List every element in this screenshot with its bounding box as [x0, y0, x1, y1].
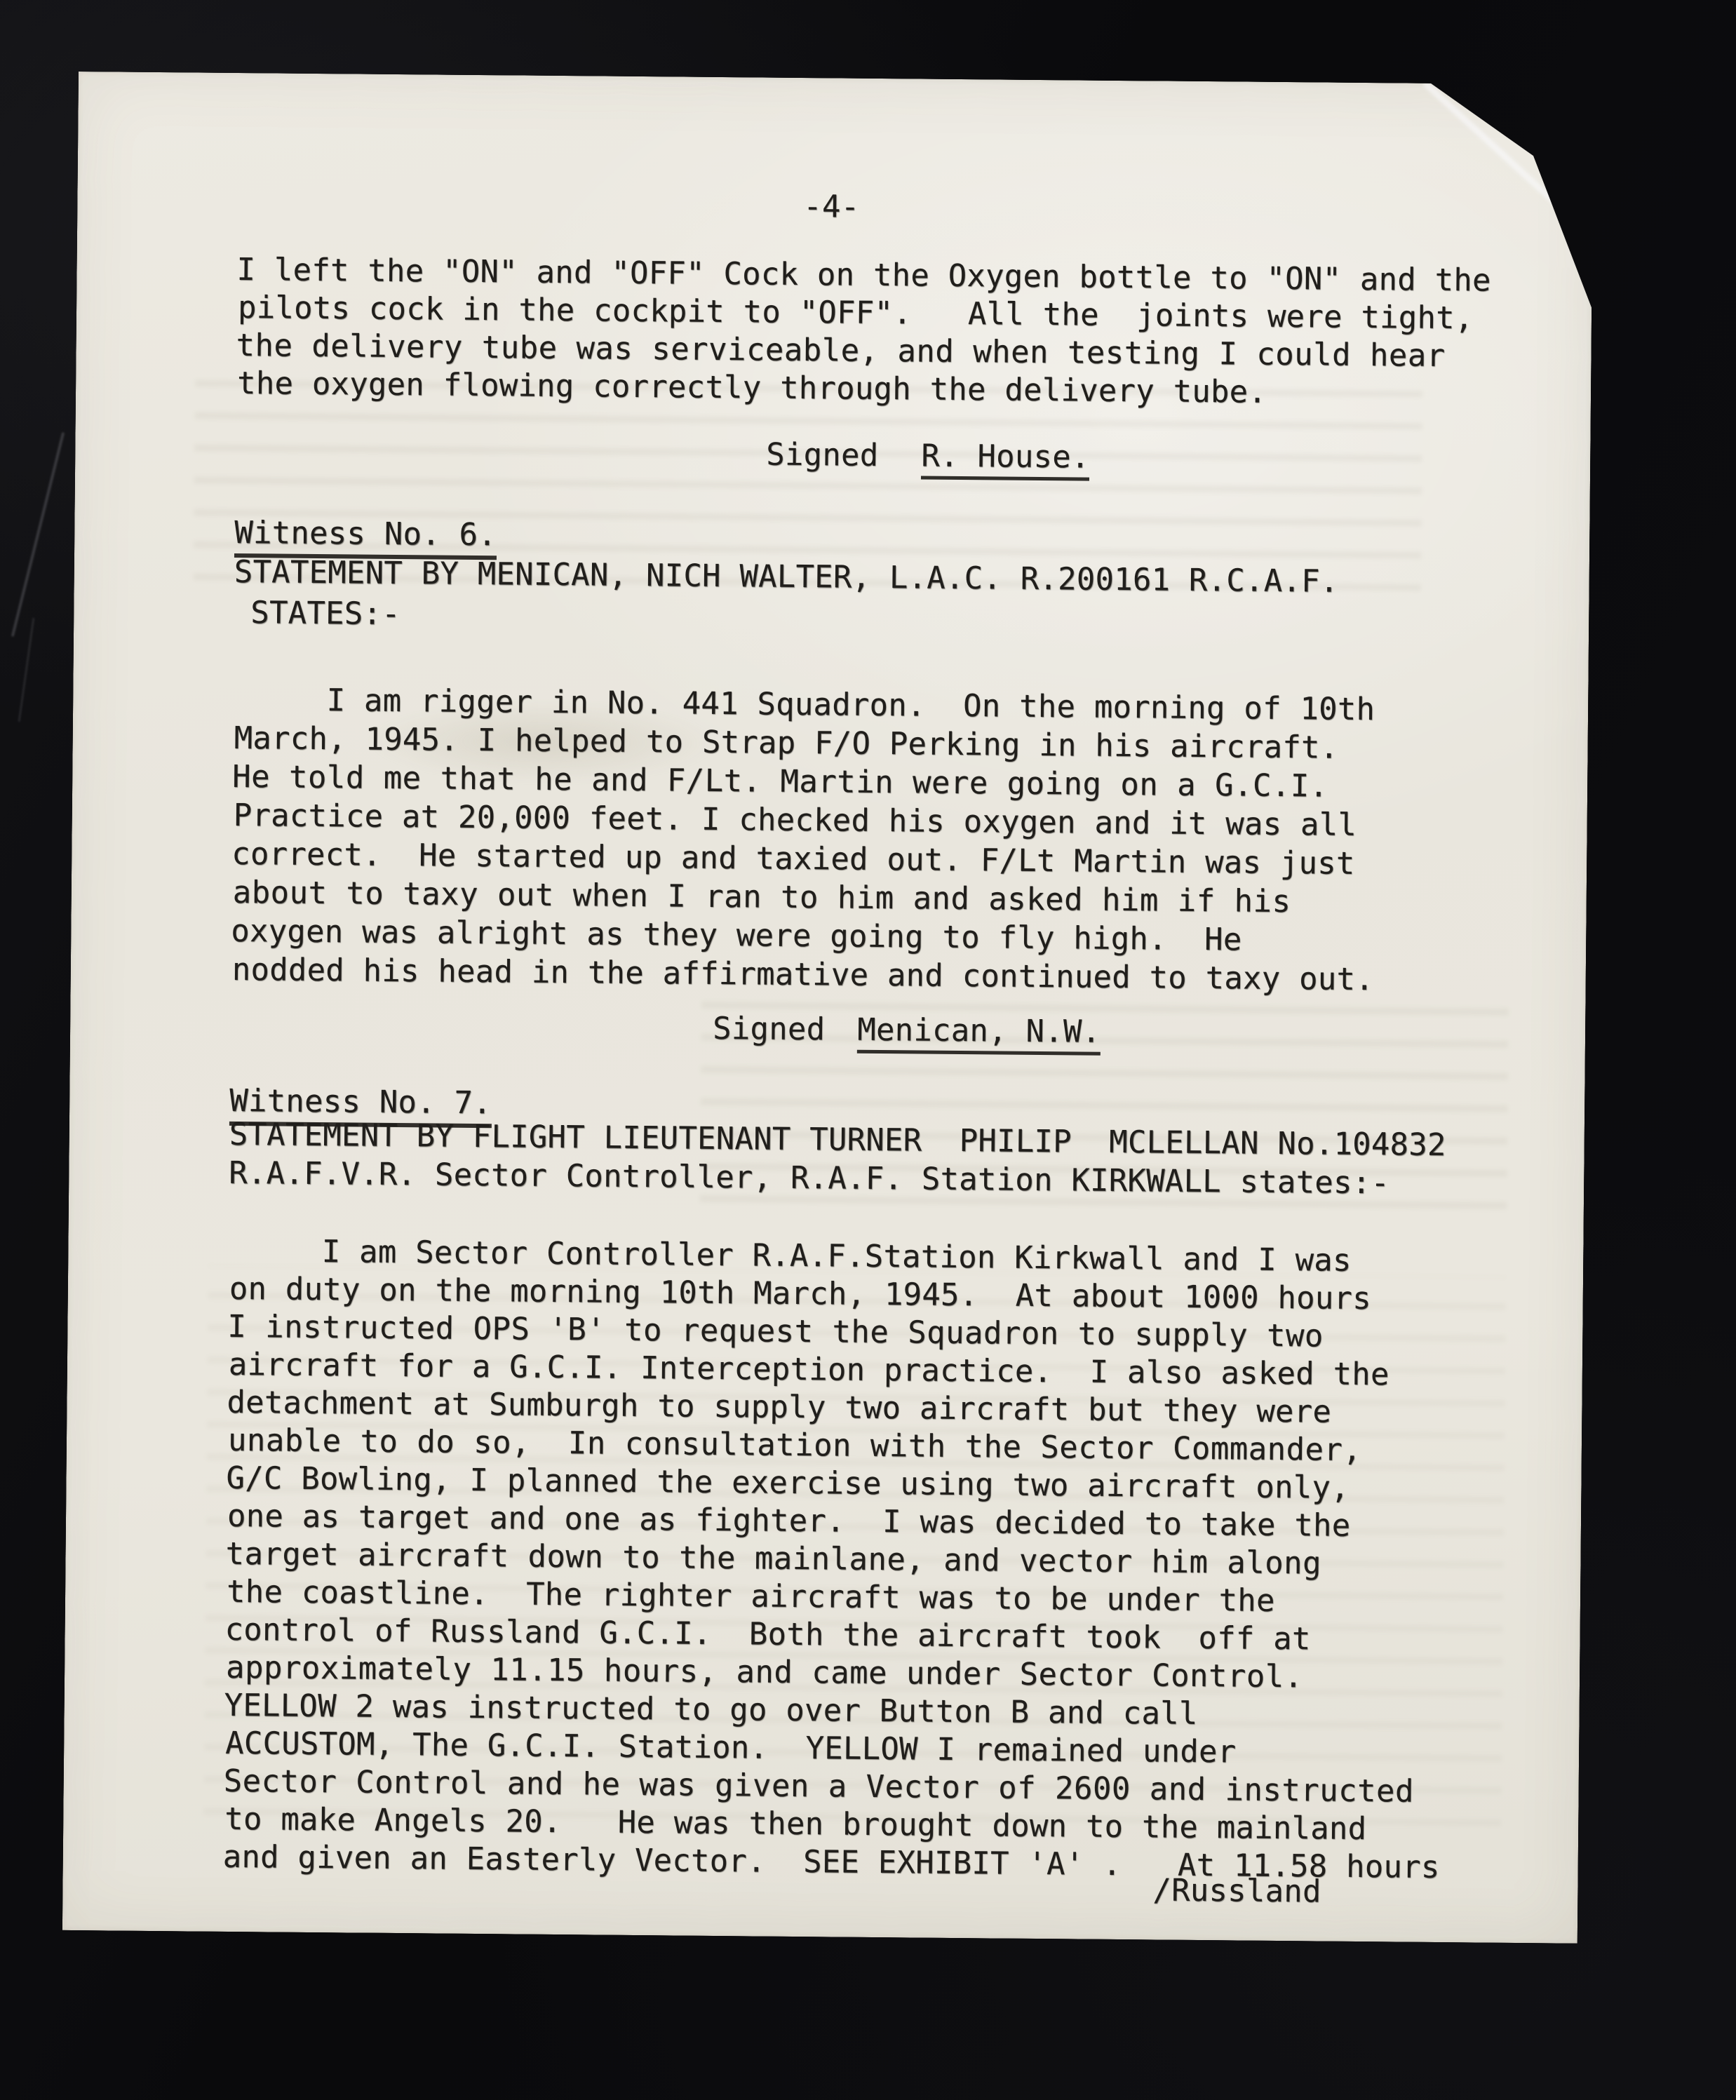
witness-7-statement-line-1: STATEMENT BY FLIGHT LIEUTENANT TURNER PH…: [229, 1117, 1446, 1163]
signature-line-house: SignedR. House.: [766, 437, 1090, 476]
background-scratch: [18, 618, 35, 722]
signed-label: Signed: [766, 437, 879, 473]
torn-corner-crease: [1422, 81, 1582, 227]
signed-label: Signed: [713, 1011, 826, 1047]
signature-name-menican: Menican, N.W.: [857, 1012, 1101, 1056]
witness-7-statement-line-2: R.A.F.V.R. Sector Controller, R.A.F. Sta…: [229, 1155, 1390, 1201]
page-number: -4-: [775, 189, 887, 225]
witness-6-heading: Witness No. 6.: [234, 515, 497, 553]
background-scratch: [11, 432, 65, 637]
signature-name-house: R. House.: [921, 438, 1090, 481]
witness-6-states-label: STATES:-: [250, 595, 401, 632]
witness-7-heading: Witness No. 7.: [229, 1083, 492, 1121]
paragraph-witness-6-testimony: I am rigger in No. 441 Squadron. On the …: [231, 680, 1547, 1000]
signature-line-menican: SignedMenican, N.W.: [713, 1011, 1101, 1050]
witness-6-statement-line: STATEMENT BY MENICAN, NICH WALTER, L.A.C…: [234, 554, 1339, 600]
scanned-document-photo: -4- I left the "ON" and "OFF" Cock on th…: [0, 0, 1736, 2100]
catchword-russland: /Russland: [1152, 1872, 1321, 1909]
document-page: -4- I left the "ON" and "OFF" Cock on th…: [62, 72, 1594, 1944]
paragraph-witness-7-testimony: I am Sector Controller R.A.F.Station Kir…: [223, 1232, 1542, 1887]
paragraph-oxygen-check: I left the "ON" and "OFF" Cock on the Ox…: [236, 251, 1550, 414]
witness-6-heading-text: Witness No. 6.: [234, 515, 497, 560]
